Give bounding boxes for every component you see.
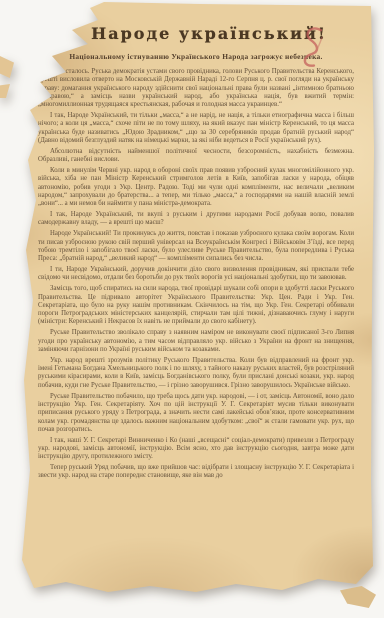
document-photo: Народе український! Національному істнув…	[0, 0, 384, 618]
paragraph: І так, Народе Український, ти тільки „ма…	[38, 112, 354, 145]
paragraph: Замісць того, щоб спиратись на сили наро…	[38, 285, 354, 326]
paragraph: І ти, Народе Український, доручив докінч…	[38, 266, 354, 283]
document-body: І так сталось. Руська демократія устами …	[38, 68, 354, 481]
paragraph: Народе Український! Ти прокинувсь до жит…	[38, 230, 354, 263]
paragraph: І так, Народе Український, ти вкупі з ру…	[38, 211, 354, 228]
torn-fragment	[0, 56, 14, 78]
document-content: Народе український! Національному істнув…	[38, 24, 354, 483]
paragraph: Укр. народ врешті зрозумів політику Русь…	[38, 357, 354, 390]
paragraph: Коли в минулім Червні укр. народ в оборо…	[38, 167, 354, 208]
paper-sheet: Народе український! Національному істнув…	[0, 0, 384, 618]
paragraph: Абсолютна відсутність найменшої політичн…	[38, 148, 354, 165]
paragraph: Тепер руський Уряд побачив, що вже прийш…	[38, 464, 354, 481]
paragraph: Руське Правительство зволікало справу з …	[38, 329, 354, 354]
torn-fragment	[0, 84, 10, 98]
paragraph: Руське Правительство побачило, що треба …	[38, 393, 354, 434]
paragraph: І так, наші У. Г. Секретарі Винниченко і…	[38, 437, 354, 462]
